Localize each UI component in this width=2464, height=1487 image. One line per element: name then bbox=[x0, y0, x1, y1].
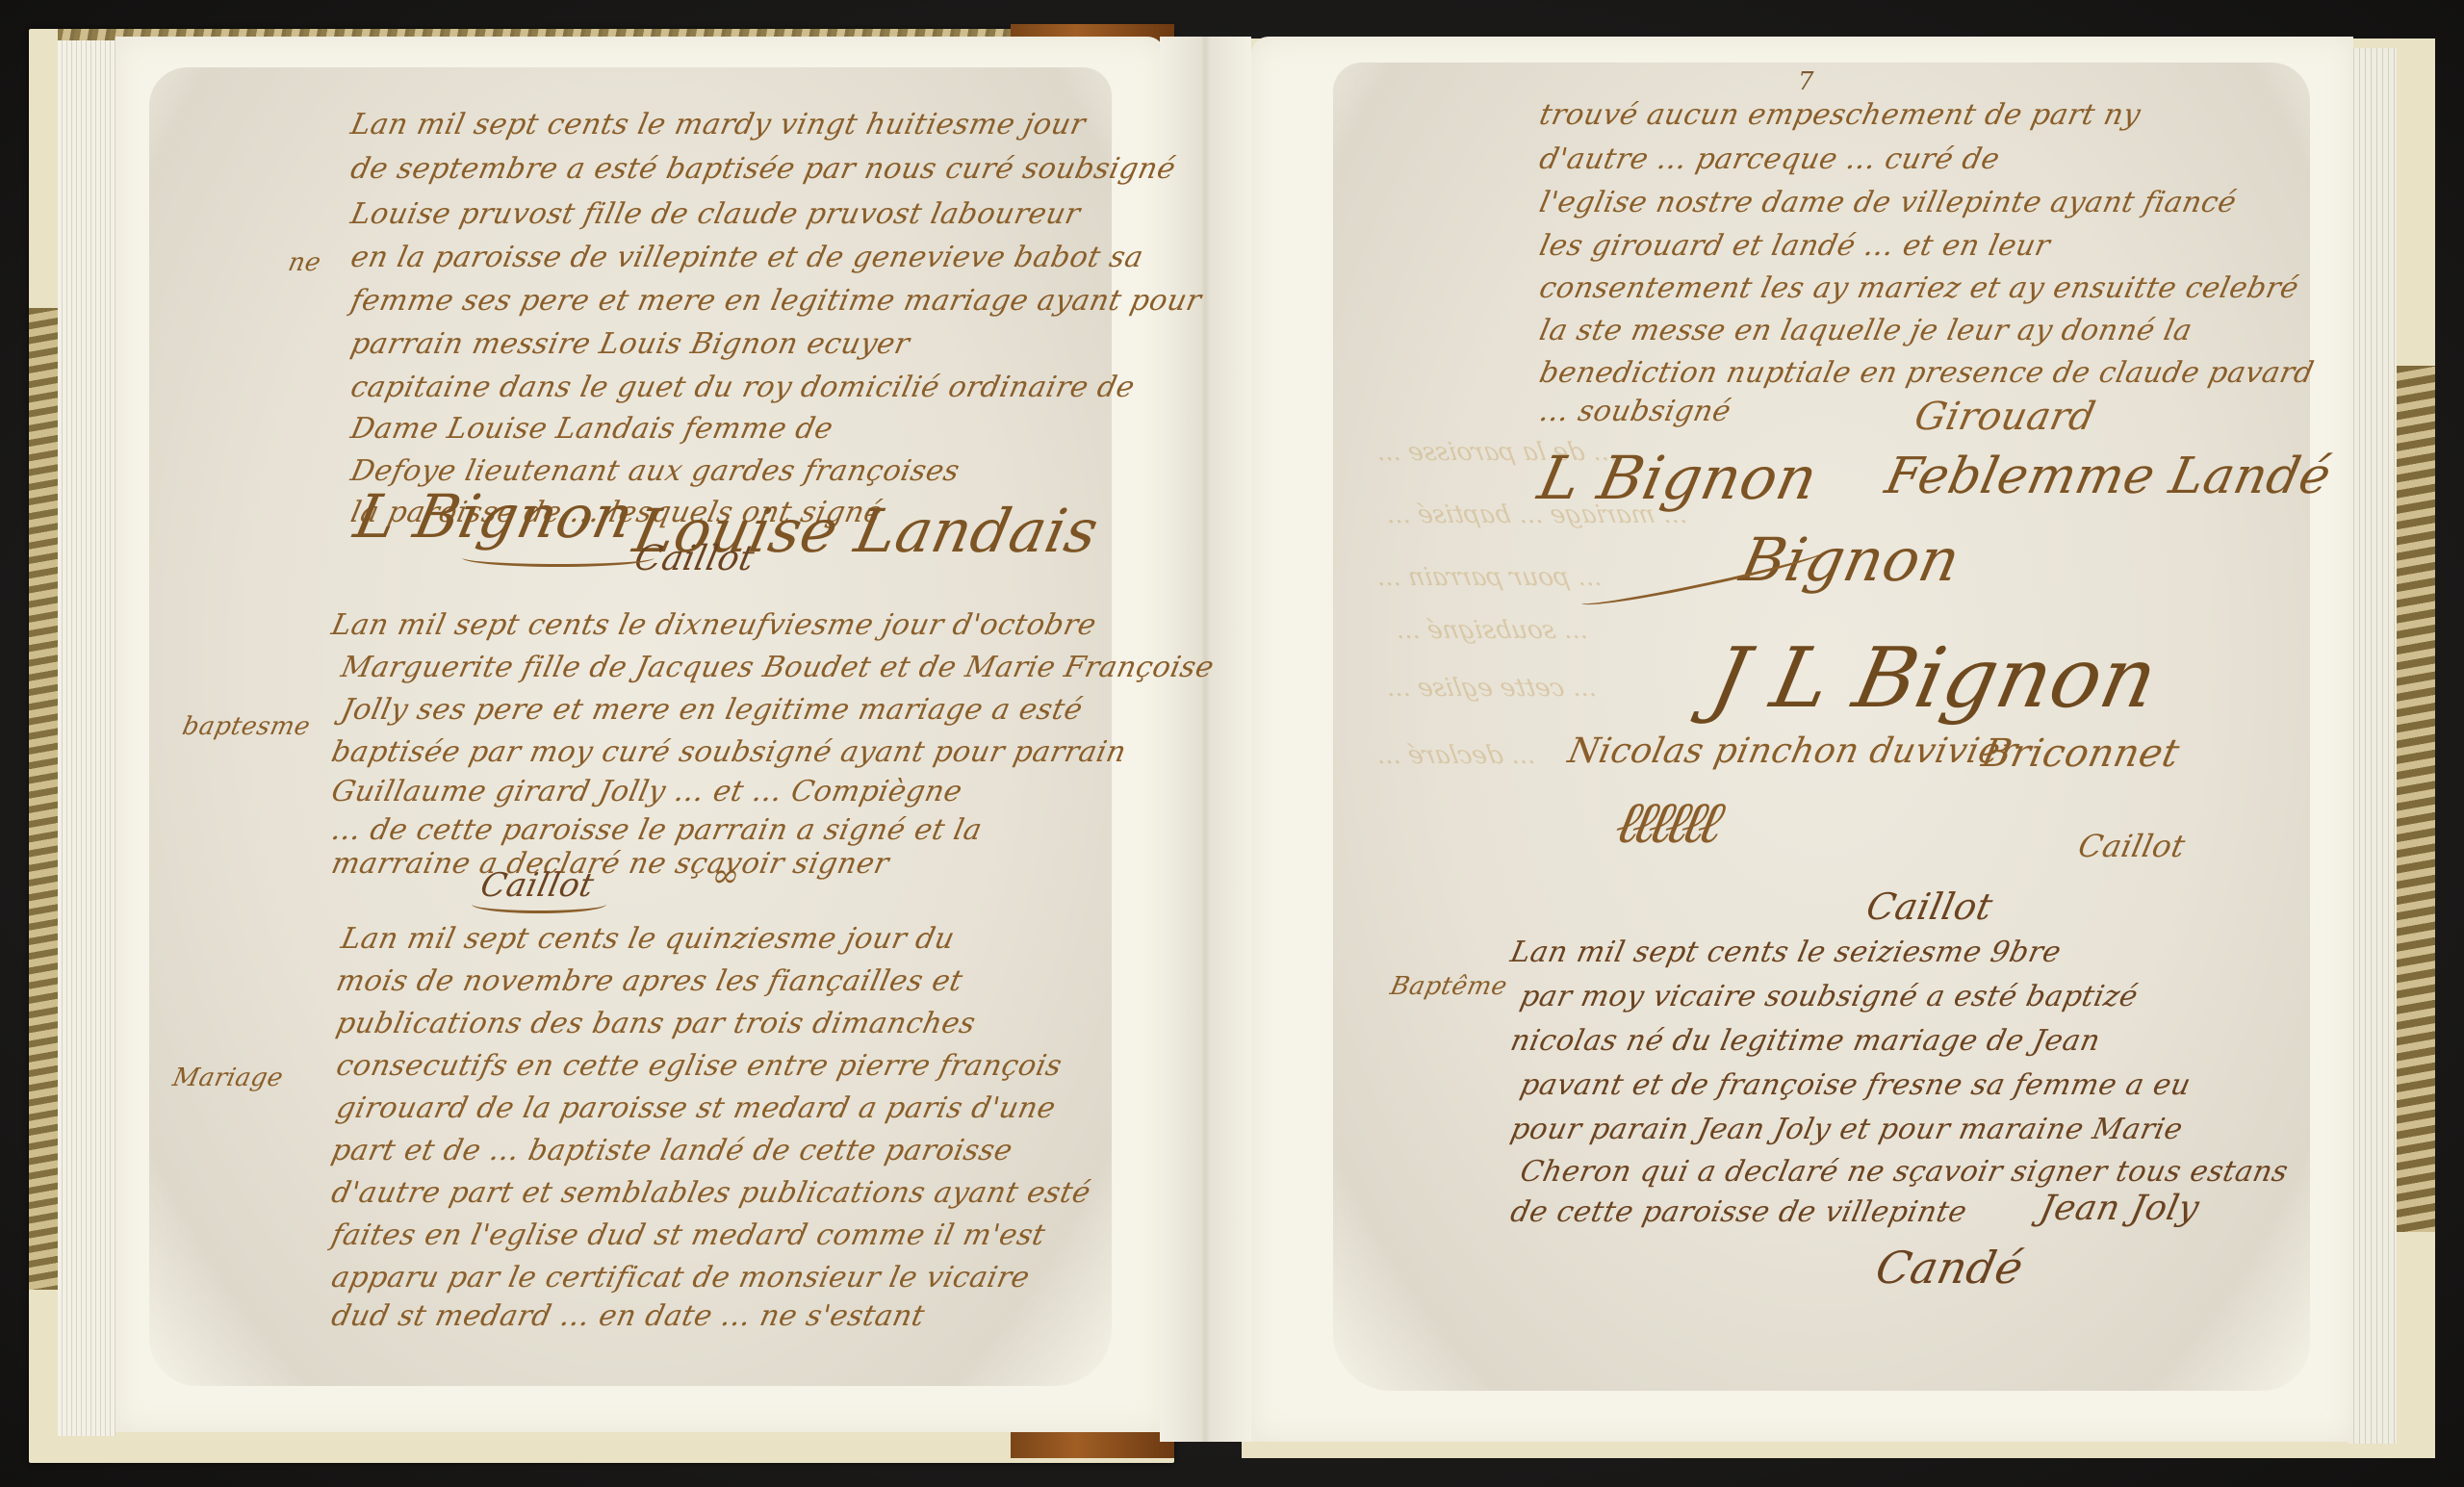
signature: L Bignon bbox=[348, 481, 640, 551]
text-line: Lan mil sept cents le mardy vingt huitie… bbox=[347, 108, 1089, 141]
text-line: ... soubsigné bbox=[1536, 395, 1733, 428]
margin-note: baptesme bbox=[180, 712, 313, 741]
signature-flourish bbox=[472, 895, 606, 913]
text-line: apparu par le certificat de monsieur le … bbox=[328, 1261, 1033, 1295]
text-line: Guillaume girard Jolly ... et ... Compiè… bbox=[328, 775, 965, 808]
margin-note: Baptême bbox=[1388, 972, 1510, 1001]
text-line: Louise pruvost fille de claude pruvost l… bbox=[347, 197, 1083, 231]
marbled-endpaper-right bbox=[2395, 366, 2435, 1232]
signature: Girouard bbox=[1911, 395, 2099, 439]
page-edges-right bbox=[2348, 48, 2397, 1444]
text-line: capitaine dans le guet du roy domicilié … bbox=[347, 371, 1138, 404]
text-line: consecutifs en cette eglise entre pierre… bbox=[333, 1049, 1065, 1083]
text-line: pavant et de françoise fresne sa femme a… bbox=[1517, 1068, 2194, 1102]
text-line: marraine a declaré ne sçavoir signer bbox=[328, 847, 892, 881]
text-line: femme ses pere et mere en legitime maria… bbox=[347, 284, 1204, 318]
text-line: Lan mil sept cents le dixneufviesme jour… bbox=[328, 608, 1099, 642]
text-line: par moy vicaire soubsigné a esté baptizé bbox=[1517, 980, 2141, 1013]
text-line: ... de cette paroisse le parrain a signé… bbox=[328, 813, 985, 847]
text-line: girouard de la paroisse st medard a pari… bbox=[333, 1091, 1059, 1125]
text-line: les girouard et landé ... et en leur bbox=[1536, 229, 2053, 263]
text-line: nicolas né du legitime mariage de Jean bbox=[1507, 1024, 2103, 1058]
text-line: pour parain Jean Joly et pour maraine Ma… bbox=[1507, 1113, 2186, 1146]
signature: Feblemme Landé bbox=[1881, 448, 2336, 505]
text-line: baptisée par moy curé soubsigné ayant po… bbox=[328, 735, 1129, 769]
signature: Caillot bbox=[2075, 828, 2189, 864]
signature-flourish bbox=[462, 549, 654, 567]
text-line: faites en l'eglise dud st medard comme i… bbox=[328, 1218, 1048, 1252]
text-line: part et de ... baptiste landé de cette p… bbox=[328, 1134, 1015, 1167]
margin-note: Mariage bbox=[170, 1064, 286, 1092]
text-line: d'autre ... parceque ... curé de bbox=[1536, 142, 2003, 176]
signature: Candé bbox=[1871, 1242, 2028, 1294]
text-line: mois de novembre apres les fiançailles e… bbox=[333, 964, 965, 998]
text-line: Jolly ses pere et mere en legitime maria… bbox=[338, 693, 1086, 727]
text-line: l'eglise nostre dame de villepinte ayant… bbox=[1536, 186, 2239, 219]
signature: Caillot bbox=[1862, 885, 1996, 928]
signature: Briconnet bbox=[1978, 731, 2183, 776]
text-line: Lan mil sept cents le quinziesme jour du bbox=[338, 922, 958, 956]
page-edges-left bbox=[58, 40, 115, 1436]
text-line: parrain messire Louis Bignon ecuyer bbox=[347, 327, 912, 361]
text-line: de cette paroisse de villepinte bbox=[1507, 1195, 1969, 1229]
text-line: Lan mil sept cents le seiziesme 9bre bbox=[1507, 936, 2064, 969]
text-line: dud st medard ... en date ... ne s'estan… bbox=[328, 1299, 928, 1333]
signature: Nicolas pinchon duvivier bbox=[1565, 731, 2021, 771]
signature-scribble: ℓℓℓℓℓℓ bbox=[1610, 789, 1723, 857]
margin-note: ne bbox=[286, 248, 324, 277]
text-line: trouvé aucun empeschement de part ny bbox=[1536, 98, 2143, 132]
marbled-endpaper-left bbox=[29, 308, 58, 1290]
text-line: benediction nuptiale en presence de clau… bbox=[1536, 356, 2317, 390]
text-line: en la paroisse de villepinte et de genev… bbox=[347, 241, 1146, 274]
book-gutter bbox=[1160, 37, 1251, 1442]
signature: L Bignon bbox=[1532, 443, 1824, 513]
text-line: de septembre a esté baptisée par nous cu… bbox=[347, 152, 1178, 186]
text-line: publications des bans par trois dimanche… bbox=[333, 1007, 978, 1040]
page-number: 7 bbox=[1798, 67, 1814, 96]
text-line: consentement les ay mariez et ay ensuitt… bbox=[1536, 271, 2301, 305]
text-line: Dame Louise Landais femme de bbox=[347, 412, 835, 446]
text-line: Marguerite fille de Jacques Boudet et de… bbox=[338, 651, 1217, 684]
text-line: Cheron qui a declaré ne sçavoir signer t… bbox=[1517, 1155, 2291, 1189]
signature: J L Bignon bbox=[1703, 630, 2166, 727]
text-line: la ste messe en laquelle je leur ay donn… bbox=[1536, 314, 2195, 347]
text-line: d'autre part et semblables publications … bbox=[328, 1176, 1093, 1210]
signature: Jean Joly bbox=[2037, 1189, 2203, 1228]
